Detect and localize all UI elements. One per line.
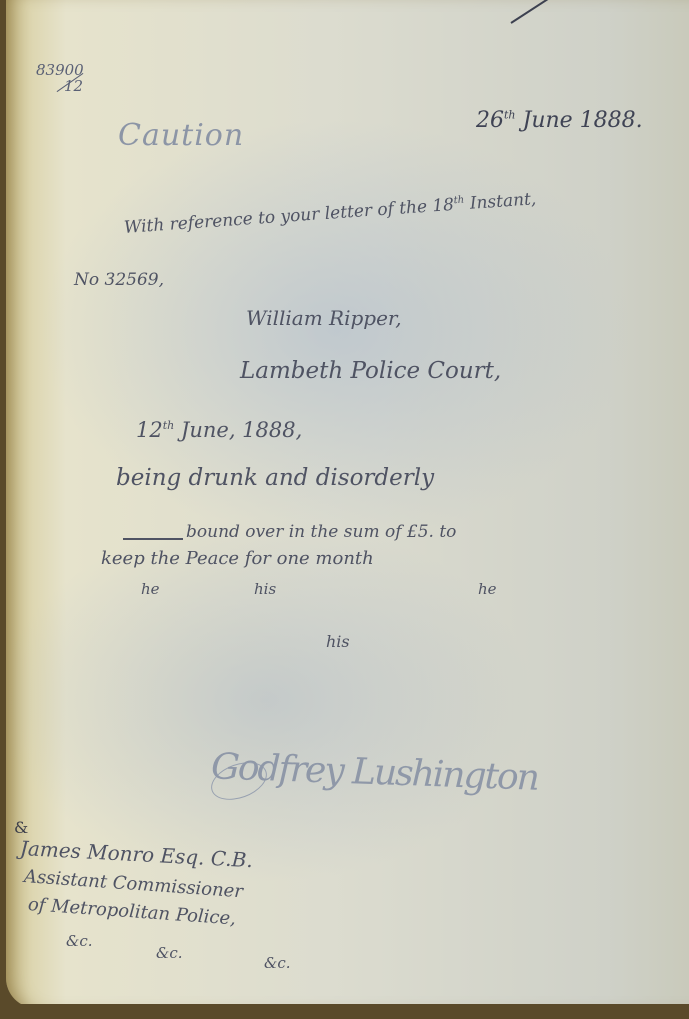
date-day: 26 — [476, 108, 504, 133]
letter-number: No 32569, — [74, 270, 164, 290]
letter-date: 26th June 1888. — [476, 108, 643, 133]
binding-edge — [0, 1004, 689, 1019]
reference-line-after: Instant, — [464, 189, 537, 214]
pronoun-his-1: his — [254, 580, 276, 598]
offence-text: being drunk and disorderly — [116, 465, 434, 491]
conviction-date: 12th June, 1888, — [136, 418, 302, 442]
pen-stroke-mark — [510, 0, 578, 24]
conviction-day: 12 — [136, 418, 163, 442]
document-page: 83900 12 Caution 26th June 1888. With re… — [6, 0, 689, 1008]
etc-2: &c. — [156, 944, 183, 962]
reference-line-text: With reference to your letter of the 18 — [123, 195, 454, 238]
pronoun-he-2: he — [478, 580, 497, 598]
court-name: Lambeth Police Court, — [240, 358, 501, 384]
sentence-line-2: keep the Peace for one month — [101, 548, 374, 569]
pronoun-he-1: he — [141, 580, 160, 598]
date-rest: June 1888. — [516, 108, 643, 133]
sentence-dash — [123, 538, 183, 540]
etc-1: &c. — [66, 932, 93, 950]
date-suffix: th — [504, 109, 516, 122]
addressee-line-1: James Monro Esq. C.B. — [19, 836, 253, 872]
conviction-suffix: th — [163, 419, 175, 432]
conviction-rest: June, 1888, — [174, 418, 302, 442]
signature: Godfrey Lushington — [210, 746, 538, 798]
pronoun-his-2: his — [326, 632, 350, 651]
addressee-marker: & — [14, 818, 28, 837]
etc-3: &c. — [264, 954, 291, 972]
pencil-note-caution: Caution — [118, 118, 244, 153]
person-name: William Ripper, — [246, 306, 402, 330]
reference-line: With reference to your letter of the 18t… — [123, 189, 537, 238]
sentence-line-1: bound over in the sum of £5. to — [186, 522, 456, 542]
